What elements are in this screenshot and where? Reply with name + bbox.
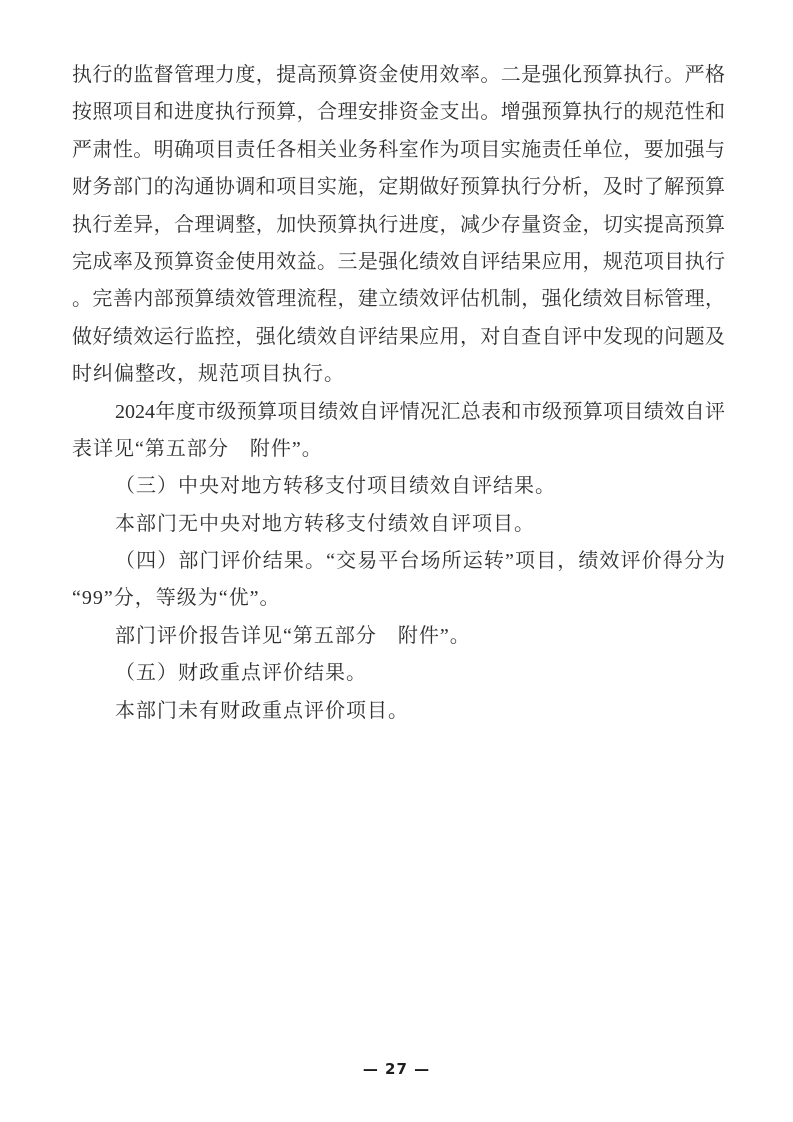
- text-line-4: 财务部门的沟通协调和项目实施，定期做好预算执行分析，及时了解预算: [72, 169, 725, 206]
- page-number: — 27 —: [0, 1060, 793, 1078]
- text-line-8: 做好绩效运行监控，强化绩效自评结果应用，对自查自评中发现的问题及: [72, 319, 725, 356]
- text-line-14: （四）部门评价结果。“交易平台场所运转”项目，绩效评价得分为: [72, 543, 725, 580]
- text-line-15: “99”分，等级为“优”。: [72, 580, 725, 617]
- text-line-1: 执行的监督管理力度，提高预算资金使用效率。二是强化预算执行。严格: [72, 57, 725, 94]
- text-line-2: 按照项目和进度执行预算，合理安排资金支出。增强预算执行的规范性和: [72, 94, 725, 131]
- text-line-18: 本部门未有财政重点评价项目。: [72, 693, 725, 730]
- text-line-5: 执行差异，合理调整，加快预算执行进度，减少存量资金，切实提高预算: [72, 207, 725, 244]
- text-line-10: 2024年度市级预算项目绩效自评情况汇总表和市级预算项目绩效自评: [72, 394, 725, 431]
- text-line-13: 本部门无中央对地方转移支付绩效自评项目。: [72, 506, 725, 543]
- text-line-7: 。完善内部预算绩效管理流程，建立绩效评估机制，强化绩效目标管理，: [72, 281, 725, 318]
- text-line-11: 表详见“第五部分 附件”。: [72, 431, 725, 468]
- document-body: 执行的监督管理力度，提高预算资金使用效率。二是强化预算执行。严格按照项目和进度执…: [72, 57, 725, 730]
- text-line-3: 严肃性。明确项目责任各相关业务科室作为项目实施责任单位，要加强与: [72, 132, 725, 169]
- text-line-12: （三）中央对地方转移支付项目绩效自评结果。: [72, 468, 725, 505]
- document-page: 执行的监督管理力度，提高预算资金使用效率。二是强化预算执行。严格按照项目和进度执…: [0, 0, 793, 1122]
- text-line-17: （五）财政重点评价结果。: [72, 655, 725, 692]
- text-line-6: 完成率及预算资金使用效益。三是强化绩效自评结果应用，规范项目执行: [72, 244, 725, 281]
- text-line-16: 部门评价报告详见“第五部分 附件”。: [72, 618, 725, 655]
- text-line-9: 时纠偏整改，规范项目执行。: [72, 356, 725, 393]
